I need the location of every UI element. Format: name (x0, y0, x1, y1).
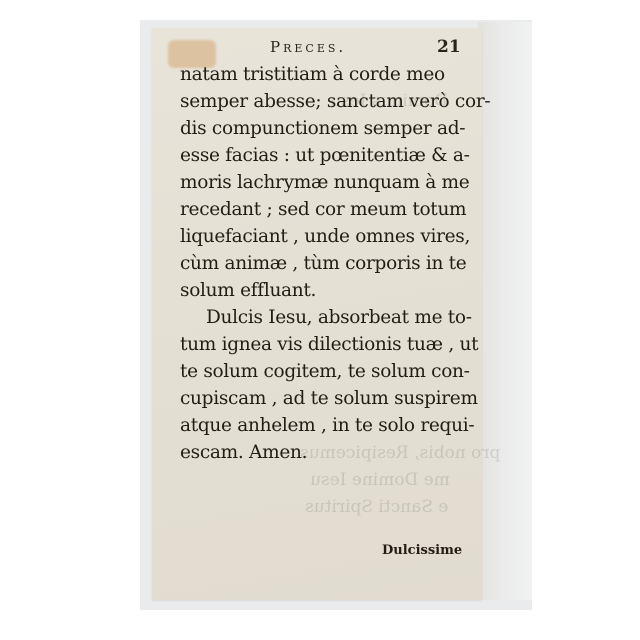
text-line: cùm animæ , tùm corporis in te (180, 250, 480, 277)
text-line: tum ignea vis dilectionis tuæ , ut (180, 331, 480, 358)
text-line: semper abesse; sanctam verò cor- (180, 88, 480, 115)
text-line: te solum cogitem, te solum con- (180, 358, 480, 385)
text-line: Dulcis Iesu, absorbeat me to- (180, 304, 480, 331)
paragraph-1: natam tristitiam à corde meo semper abes… (180, 61, 480, 304)
text-line: escam. Amen. (180, 439, 480, 466)
page-number: 21 (437, 37, 461, 57)
text-line: dis compunctionem semper ad- (180, 115, 480, 142)
text-line: moris lachrymæ nunquam à me (180, 169, 480, 196)
paragraph-2: Dulcis Iesu, absorbeat me to- tum ignea … (180, 304, 480, 466)
text-line: cupiscam , ad te solum suspirem (180, 385, 480, 412)
text-line: natam tristitiam à corde meo (180, 61, 480, 88)
text-line: liquefaciant , unde omnes vires, (180, 223, 480, 250)
text-line: solum effluant. (180, 277, 480, 304)
show-through-text: e Sancti Spiritus (305, 494, 448, 521)
text-line: atque anhelem , in te solo requi- (180, 412, 480, 439)
show-through-text: me Domine Iesu (310, 467, 450, 494)
body-text: natam tristitiam à corde meo semper abes… (180, 61, 480, 466)
text-line: recedant ; sed cor meum totum (180, 196, 480, 223)
text-line: esse facias : ut pœnitentiæ & a- (180, 142, 480, 169)
catchword: Dulcissime (382, 543, 462, 558)
